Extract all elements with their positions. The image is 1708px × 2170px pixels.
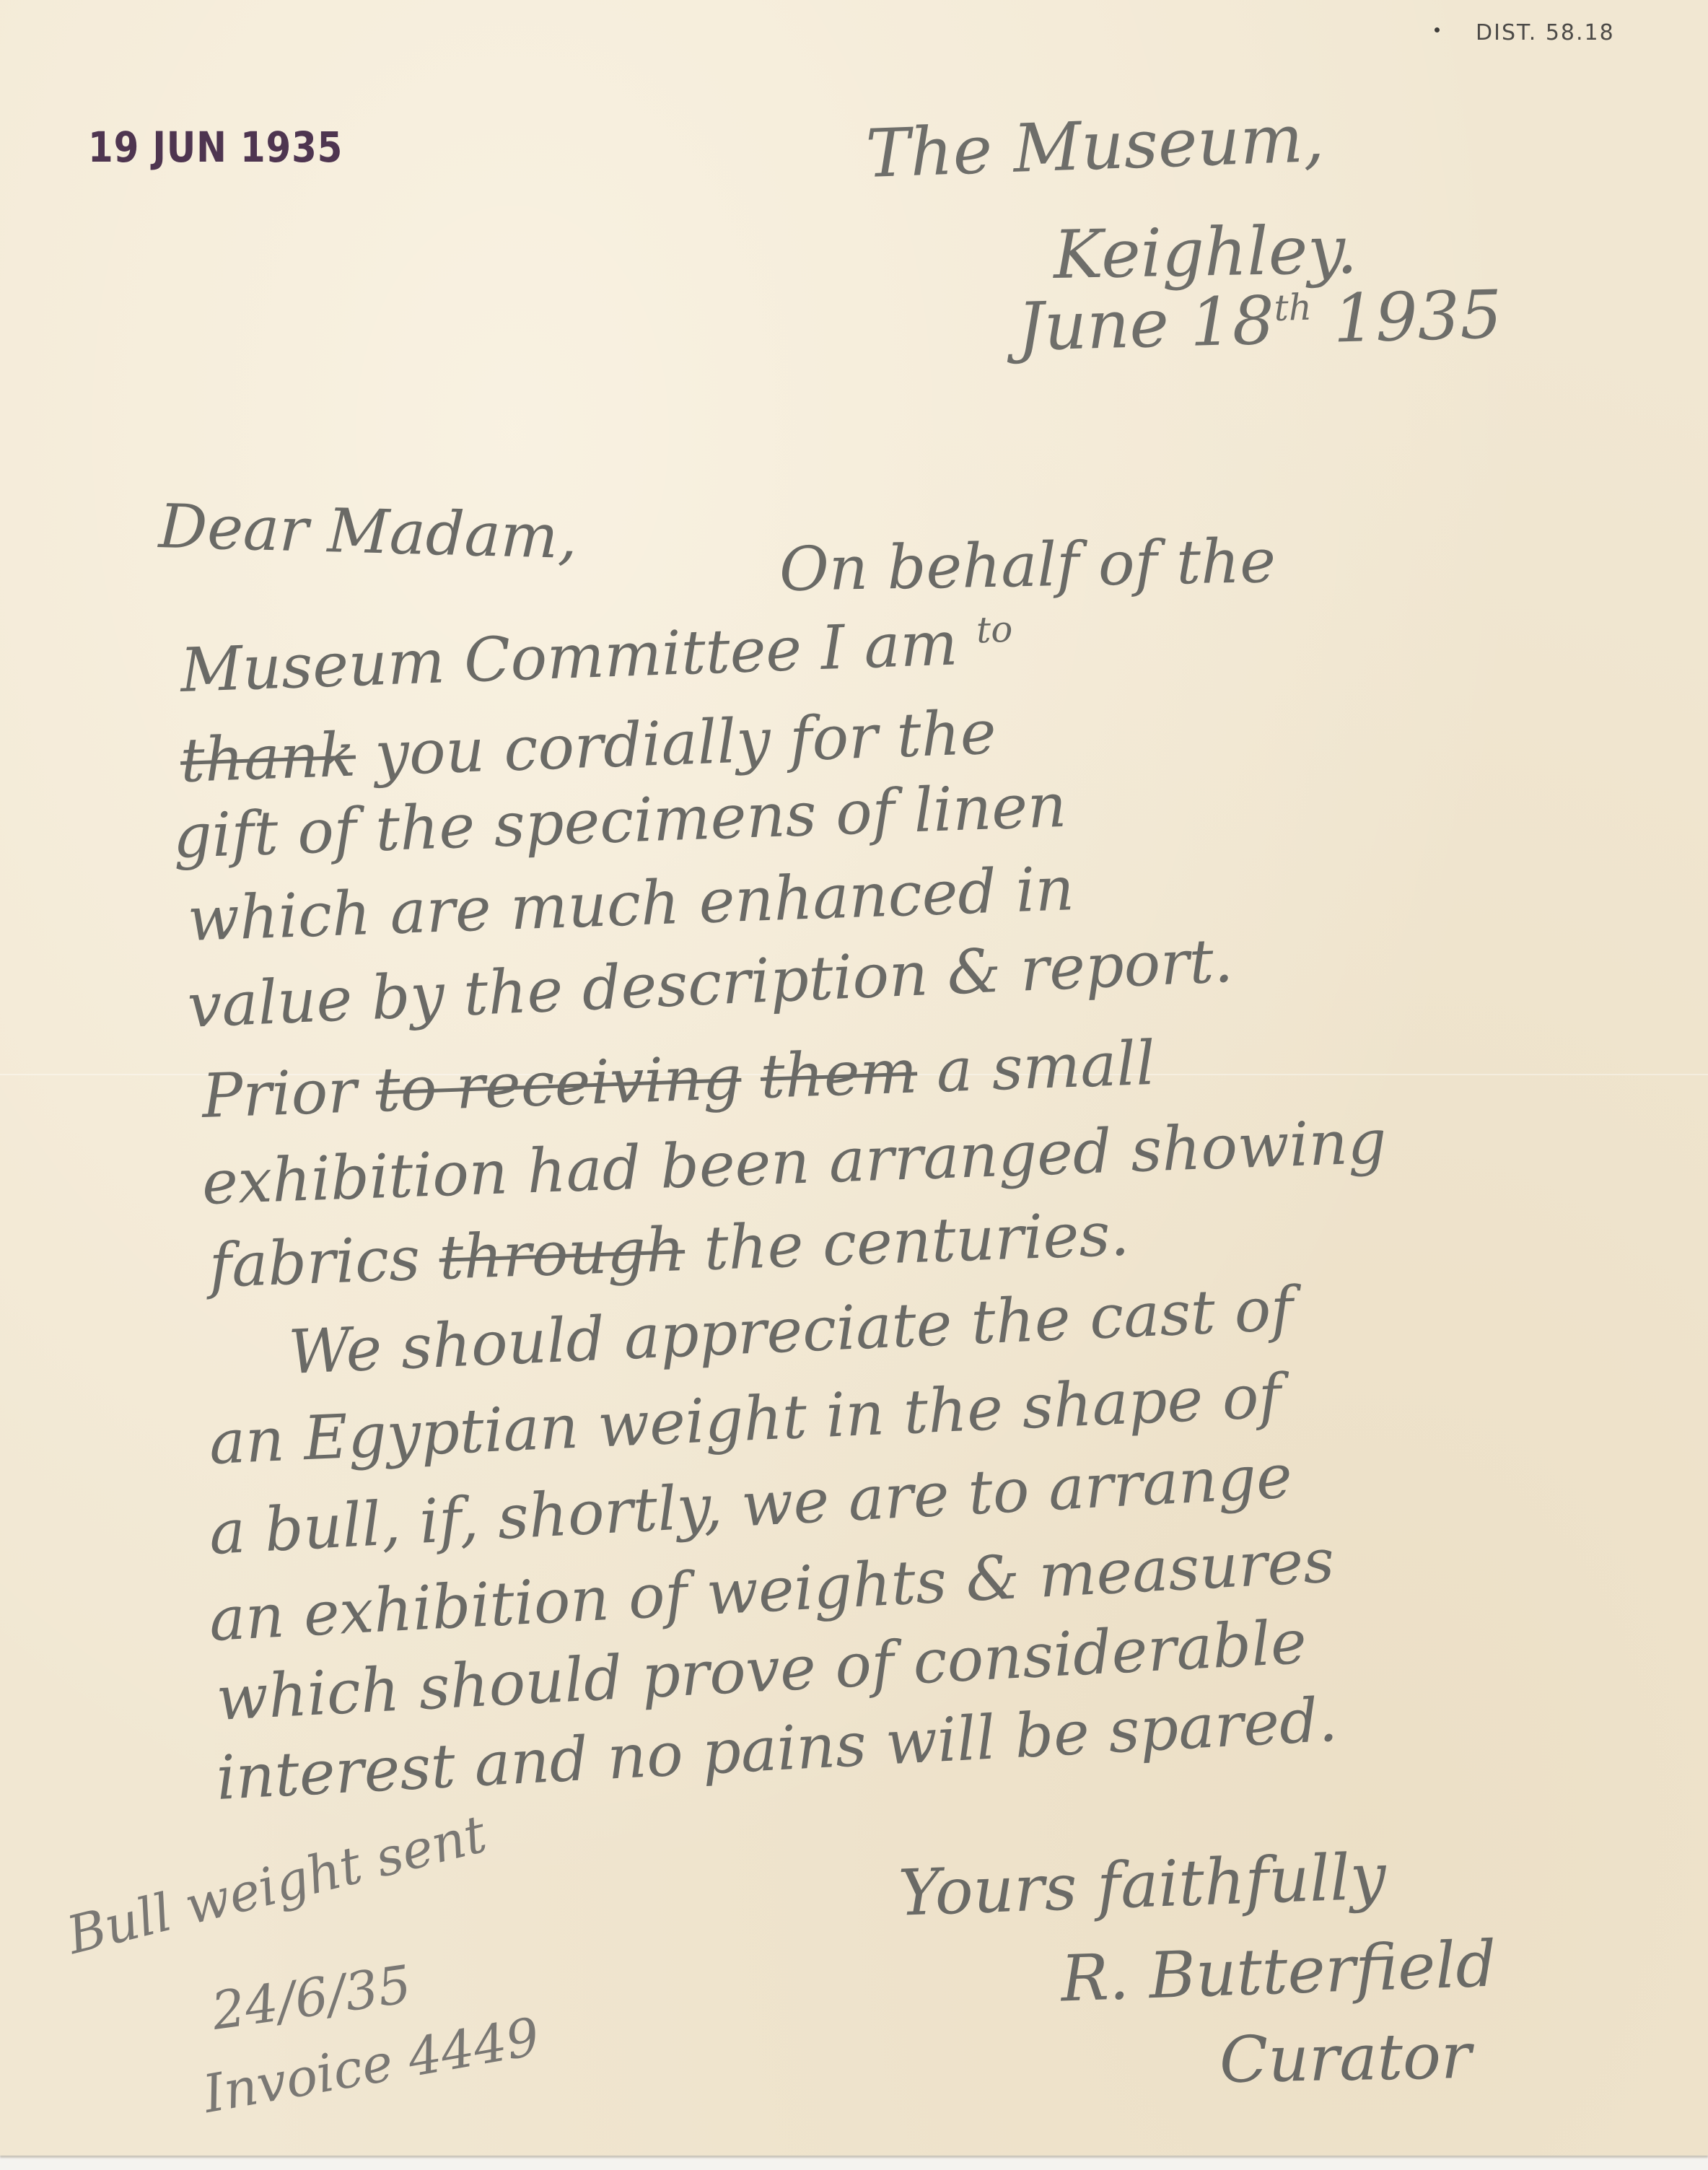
signatory-title: Curator (1219, 2018, 1472, 2097)
letter-date-day: June 18 (1017, 282, 1276, 366)
body-line-7: Prior to receiving them a small (201, 1028, 1156, 1132)
body-line-1: On behalf of the (779, 525, 1276, 605)
struck-word-through: through (438, 1214, 686, 1293)
struck-word-them: them (759, 1036, 919, 1112)
valediction: Yours faithfully (897, 1839, 1387, 1930)
struck-word-thank: thank (179, 719, 356, 796)
annotation-date: 24/6/35 (208, 1954, 415, 2042)
archive-reference-number: DIST. 58.18 (1476, 20, 1615, 45)
annotation-bull-weight-sent: Bull weight sent (61, 1803, 492, 1966)
letter-date: June 18th 1935 (1017, 276, 1503, 366)
salutation: Dear Madam, (158, 491, 579, 572)
body-line-2: Museum Committee I am to (179, 606, 1014, 706)
inserted-word: to (976, 608, 1013, 652)
body-line-2-text: Museum Committee I am (179, 608, 958, 706)
received-date-stamp: 19 JUN 1935 (88, 123, 343, 172)
body-line-9-fabrics: fabrics (208, 1223, 421, 1301)
struck-word-to-receiving: to receiving (375, 1042, 743, 1126)
letter-date-suffix: th (1274, 286, 1313, 329)
letter-date-year: 1935 (1332, 276, 1503, 357)
ink-dot (1435, 27, 1440, 32)
body-line-7-small: a small (935, 1028, 1157, 1106)
signature: R. Butterfield (1059, 1926, 1497, 2016)
letter-sheet: DIST. 58.18 19 JUN 1935 The Museum, Keig… (0, 0, 1708, 2156)
body-line-9-rest: the centuries. (703, 1199, 1131, 1285)
letterhead-museum: The Museum, (864, 100, 1326, 193)
body-line-7-prior: Prior (201, 1056, 358, 1132)
